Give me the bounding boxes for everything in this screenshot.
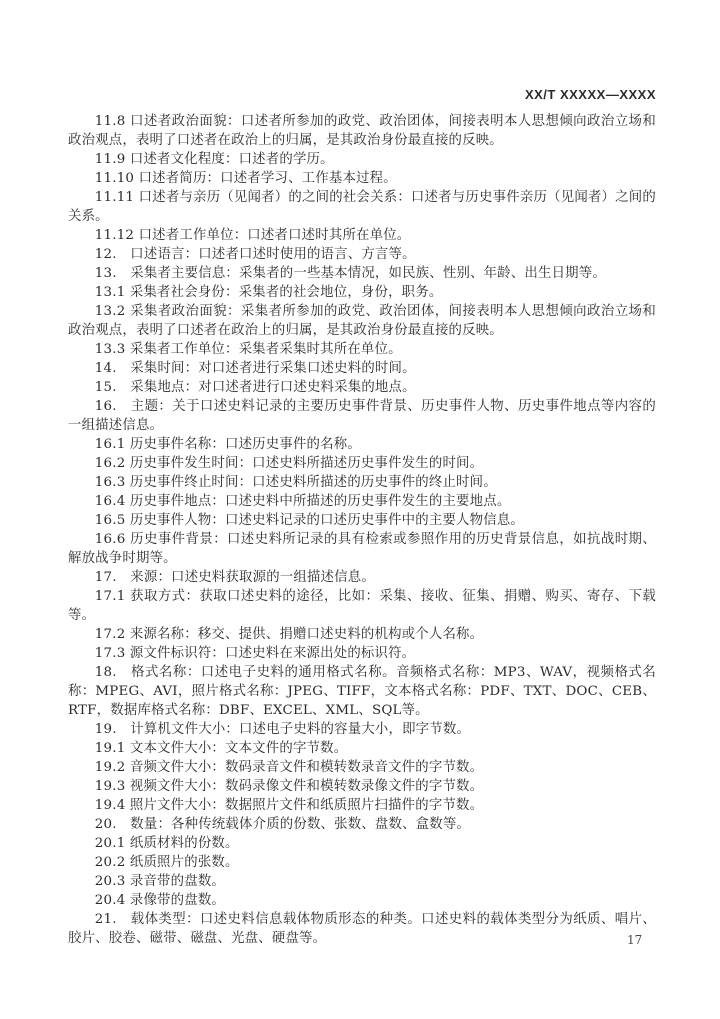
paragraph: 12. 口述语言：口述者口述时使用的语言、方言等。 (68, 245, 656, 264)
paragraph: 20.4 录像带的盘数。 (68, 891, 656, 910)
paragraph: 11.10 口述者简历：口述者学习、工作基本过程。 (68, 169, 656, 188)
paragraph: 19. 计算机文件大小：口述电子史料的容量大小，即字节数。 (68, 720, 656, 739)
paragraph: 16.4 历史事件地点：口述史料中所描述的历史事件发生的主要地点。 (68, 492, 656, 511)
paragraph: 13.1 采集者社会身份：采集者的社会地位，身份，职务。 (68, 283, 656, 302)
paragraph: 13.3 采集者工作单位：采集者采集时其所在单位。 (68, 340, 656, 359)
paragraph: 14. 采集时间：对口述者进行采集口述史料的时间。 (68, 359, 656, 378)
paragraph: 11.12 口述者工作单位：口述者口述时其所在单位。 (68, 226, 656, 245)
paragraph: 18. 格式名称：口述电子史料的通用格式名称。音频格式名称：MP3、WAV，视频… (68, 663, 656, 720)
paragraph: 16.5 历史事件人物：口述史料记录的口述历史事件中的主要人物信息。 (68, 511, 656, 530)
paragraph: 13.2 采集者政治面貌：采集者所参加的政党、政治团体，间接表明本人思想倾向政治… (68, 302, 656, 340)
paragraph: 17. 来源：口述史料获取源的一组描述信息。 (68, 568, 656, 587)
paragraph: 20.1 纸质材料的份数。 (68, 834, 656, 853)
page-number: 17 (627, 933, 642, 947)
paragraph: 16.2 历史事件发生时间：口述史料所描述历史事件发生的时间。 (68, 454, 656, 473)
paragraph: 19.3 视频文件大小：数码录像文件和模转数录像文件的字节数。 (68, 777, 656, 796)
paragraph: 17.3 源文件标识符：口述史料在来源出处的标识符。 (68, 644, 656, 663)
paragraph: 11.8 口述者政治面貌：口述者所参加的政党、政治团体，间接表明本人思想倾向政治… (68, 112, 656, 150)
paragraph: 16.1 历史事件名称：口述历史事件的名称。 (68, 435, 656, 454)
document-page: XX/T XXXXX—XXXX 11.8 口述者政治面貌：口述者所参加的政党、政… (0, 0, 720, 1019)
standard-number-header: XX/T XXXXX—XXXX (525, 87, 656, 102)
paragraph: 19.4 照片文件大小：数据照片文件和纸质照片扫描件的字节数。 (68, 796, 656, 815)
paragraph: 20.3 录音带的盘数。 (68, 872, 656, 891)
paragraph: 16.3 历史事件终止时间：口述史料所描述的历史事件的终止时间。 (68, 473, 656, 492)
paragraph: 11.9 口述者文化程度：口述者的学历。 (68, 150, 656, 169)
paragraph: 19.2 音频文件大小：数码录音文件和模转数录音文件的字节数。 (68, 758, 656, 777)
paragraph: 13. 采集者主要信息：采集者的一些基本情况，如民族、性别、年龄、出生日期等。 (68, 264, 656, 283)
paragraph: 20.2 纸质照片的张数。 (68, 853, 656, 872)
paragraph: 11.11 口述者与亲历（见闻者）的之间的社会关系：口述者与历史事件亲历（见闻者… (68, 188, 656, 226)
paragraph: 21. 载体类型：口述史料信息载体物质形态的种类。口述史料的载体类型分为纸质、唱… (68, 910, 656, 948)
paragraph: 16. 主题：关于口述史料记录的主要历史事件背景、历史事件人物、历史事件地点等内… (68, 397, 656, 435)
paragraph: 19.1 文本文件大小：文本文件的字节数。 (68, 739, 656, 758)
paragraph: 17.2 来源名称：移交、提供、捐赠口述史料的机构或个人名称。 (68, 625, 656, 644)
paragraph: 17.1 获取方式：获取口述史料的途径，比如：采集、接收、征集、捐赠、购买、寄存… (68, 587, 656, 625)
document-body: 11.8 口述者政治面貌：口述者所参加的政党、政治团体，间接表明本人思想倾向政治… (68, 112, 656, 948)
paragraph: 15. 采集地点：对口述者进行口述史料采集的地点。 (68, 378, 656, 397)
paragraph: 20. 数量：各种传统载体介质的份数、张数、盘数、盒数等。 (68, 815, 656, 834)
paragraph: 16.6 历史事件背景：口述史料所记录的具有检索或参照作用的历史背景信息，如抗战… (68, 530, 656, 568)
